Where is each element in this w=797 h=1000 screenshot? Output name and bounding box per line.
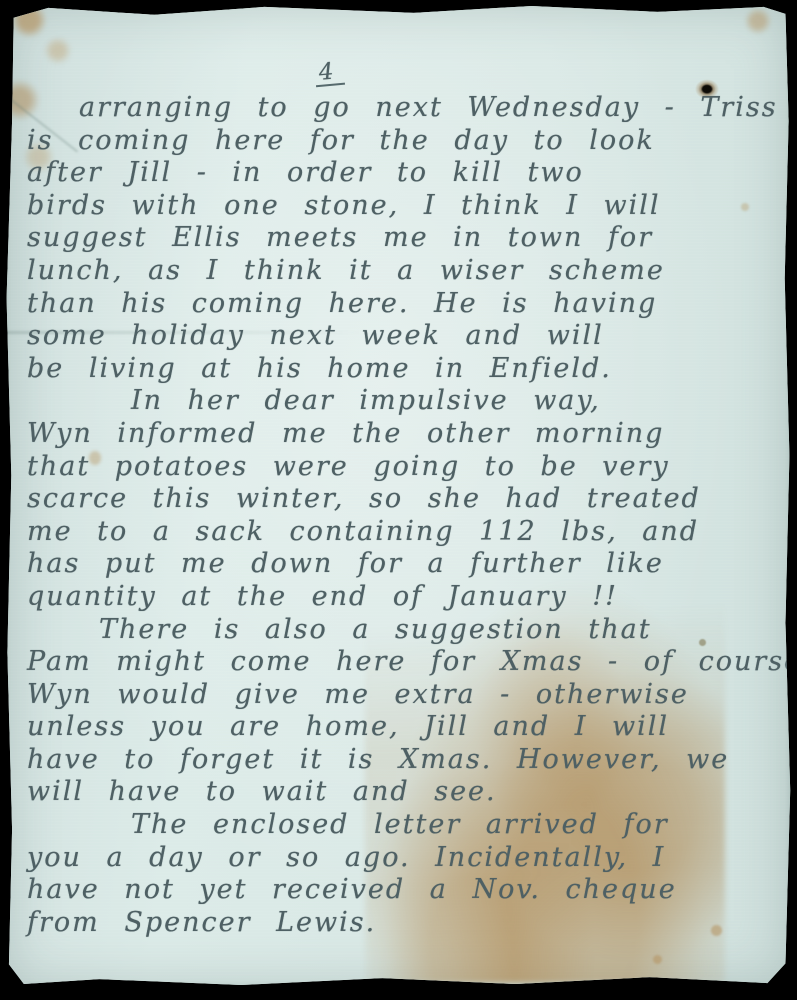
- letter-page: 4 arranging to go next Wednesday - Triss…: [5, 3, 791, 987]
- letter-line: be living at his home in Enfield.: [27, 353, 779, 386]
- letter-line: me to a sack containing 112 lbs, and: [27, 516, 779, 549]
- stain-speck: [653, 955, 662, 964]
- letter-line: than his coming here. He is having: [27, 288, 779, 321]
- letter-line: lunch, as I think it a wiser scheme: [27, 255, 779, 288]
- stain-top-right-corner: [725, 7, 785, 47]
- letter-line: from Spencer Lewis.: [27, 907, 779, 940]
- letter-body: 4 arranging to go next Wednesday - Triss…: [27, 61, 779, 939]
- letter-line: scarce this winter, so she had treated: [27, 483, 779, 516]
- letter-line: In her dear impulsive way,: [27, 385, 779, 418]
- letter-line: some holiday next week and will: [27, 320, 779, 353]
- letter-line: have to forget it is Xmas. However, we: [27, 744, 779, 777]
- letter-line: that potatoes were going to be very: [27, 451, 779, 484]
- letter-line: arranging to go next Wednesday - Triss: [27, 92, 779, 125]
- letter-line: suggest Ellis meets me in town for: [27, 222, 779, 255]
- letter-line: Pam might come here for Xmas - of course: [27, 646, 779, 679]
- page-number: 4: [314, 60, 345, 87]
- letter-line: birds with one stone, I think I will: [27, 190, 779, 223]
- letter-line: The enclosed letter arrived for: [27, 809, 779, 842]
- letter-line: you a day or so ago. Incidentally, I: [27, 842, 779, 875]
- letter-line: unless you are home, Jill and I will: [27, 711, 779, 744]
- letter-line: have not yet received a Nov. cheque: [27, 874, 779, 907]
- letter-line: Wyn informed me the other morning: [27, 418, 779, 451]
- letter-line: There is also a suggestion that: [27, 614, 779, 647]
- letter-line: is coming here for the day to look: [27, 125, 779, 158]
- letter-line: after Jill - in order to kill two: [27, 157, 779, 190]
- letter-line: quantity at the end of January !!: [27, 581, 779, 614]
- photo-background: 4 arranging to go next Wednesday - Triss…: [0, 0, 797, 1000]
- letter-line: has put me down for a further like: [27, 548, 779, 581]
- letter-line: will have to wait and see.: [27, 776, 779, 809]
- letter-line: Wyn would give me extra - otherwise: [27, 679, 779, 712]
